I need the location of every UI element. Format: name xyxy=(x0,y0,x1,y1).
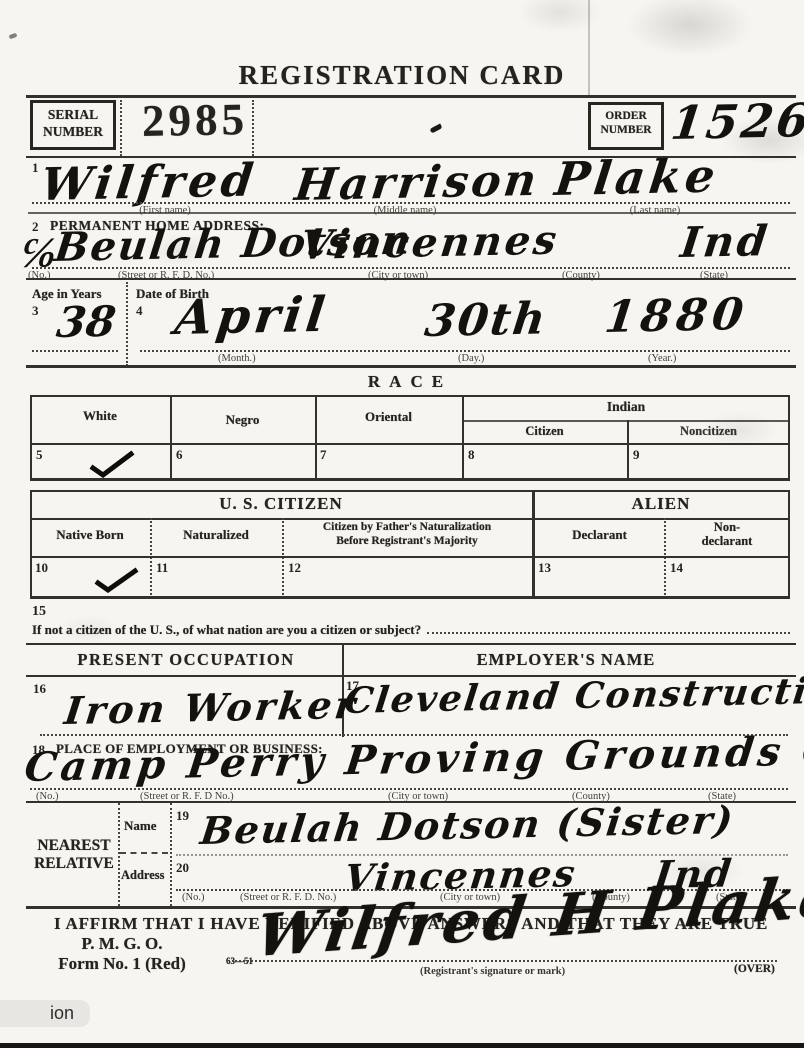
father-naturalization-label-1: Citizen by Father's Naturalization xyxy=(282,520,532,534)
race-header-rule xyxy=(30,443,790,445)
serial-number-label-2: NUMBER xyxy=(33,123,113,140)
us-citizen-heading: U. S. CITIZEN xyxy=(30,494,532,514)
race-oriental-label: Oriental xyxy=(315,409,462,425)
race-rule-bottom xyxy=(30,478,790,481)
relative-name-value: Beulah Dotson (Sister) xyxy=(198,797,737,853)
cit-subheader-rule xyxy=(30,556,790,558)
item-number-20: 20 xyxy=(176,860,189,876)
form-id-block: P. M. G. O. Form No. 1 (Red) xyxy=(30,934,214,974)
age-value: 38 xyxy=(54,297,118,347)
rule-age-bottom xyxy=(26,365,796,368)
form-number: Form No. 1 (Red) xyxy=(30,954,214,974)
item-number-4: 4 xyxy=(136,303,143,319)
serial-divider-left xyxy=(120,100,122,156)
relative-address-label: Address xyxy=(121,868,165,883)
serial-divider-right xyxy=(252,100,254,156)
last-name-sublabel: (Last name) xyxy=(580,205,730,216)
rule-name-bottom xyxy=(28,212,796,214)
race-indian-citizen-label: Citizen xyxy=(462,424,627,439)
dob-sublabel-day: (Day.) xyxy=(458,353,484,364)
item-number-16: 16 xyxy=(33,681,46,697)
item-number-3: 3 xyxy=(32,303,39,319)
race-item-5: 5 xyxy=(36,447,43,463)
signature-sublabel: (Registrant's signature or mark) xyxy=(420,966,565,977)
employer-heading: EMPLOYER'S NAME xyxy=(342,650,790,670)
over-label: (OVER) xyxy=(734,963,775,975)
dob-baseline xyxy=(140,350,790,352)
race-rule-top xyxy=(30,395,790,397)
cit-alien-divider xyxy=(532,490,535,598)
registration-card-document: REGISTRATION CARD SERIAL NUMBER 2985 ORD… xyxy=(0,0,804,1048)
first-name-sublabel: (First name) xyxy=(90,205,240,216)
serial-number-value: 2985 xyxy=(142,93,249,147)
nation-answer-line xyxy=(427,620,790,634)
rule-home-bottom xyxy=(26,278,796,280)
employment-baseline xyxy=(30,788,788,790)
middle-name-sublabel: (Middle name) xyxy=(330,205,480,216)
order-number-value: 1526a xyxy=(668,92,804,150)
dob-sublabel-year: (Year.) xyxy=(648,353,676,364)
dob-sublabel-month: (Month.) xyxy=(218,353,256,364)
native-born-checkmark-icon xyxy=(94,567,140,593)
item-number-1: 1 xyxy=(32,160,39,176)
bottom-edge-line xyxy=(0,1043,804,1048)
name-last-value: Plake xyxy=(552,149,722,206)
nondeclarant-label-1: Non- xyxy=(664,520,790,534)
nearest-relative-line1: NEAREST xyxy=(37,837,110,855)
race-item-8: 8 xyxy=(468,447,475,463)
relative-cell-divider xyxy=(120,852,168,854)
nondeclarant-label-2: declarant xyxy=(664,534,790,548)
race-white-label: White xyxy=(30,408,170,424)
race-indian-label: Indian xyxy=(462,399,790,415)
home-state-value: Ind xyxy=(678,216,773,267)
cit-item-12: 12 xyxy=(288,560,301,576)
home-baseline xyxy=(32,267,790,269)
race-heading: RACE xyxy=(30,372,790,392)
item-number-15: 15 xyxy=(32,604,46,620)
tooltip-pill: ion xyxy=(0,1000,90,1027)
dob-month-value: April xyxy=(172,287,332,346)
native-born-label: Native Born xyxy=(30,527,150,543)
relative-divider-2 xyxy=(170,803,172,906)
rule-15-bottom xyxy=(26,643,796,645)
rel-sublabel-no: (No.) xyxy=(182,892,204,903)
order-number-label-2: NUMBER xyxy=(590,123,662,137)
serial-number-label-1: SERIAL xyxy=(33,106,113,123)
father-naturalization-label-2: Before Registrant's Majority xyxy=(282,534,532,548)
name-baseline xyxy=(32,202,790,204)
race-indian-noncitizen-label: Noncitizen xyxy=(627,424,790,439)
scan-artifact xyxy=(9,33,18,39)
cit-item-13: 13 xyxy=(538,560,551,576)
relative-name-label: Name xyxy=(124,818,157,834)
occupation-value: Iron Worker xyxy=(62,682,361,733)
nearest-relative-line2: RELATIVE xyxy=(34,855,114,873)
cit-item-10: 10 xyxy=(35,560,48,576)
form-org: P. M. G. O. xyxy=(30,934,214,954)
card-title: REGISTRATION CARD xyxy=(30,60,774,91)
nation-question: If not a citizen of the U. S., of what n… xyxy=(32,622,421,638)
relative-divider-1 xyxy=(118,803,120,906)
tooltip-text: ion xyxy=(50,1003,74,1024)
cit-rule-bottom xyxy=(30,596,790,599)
nearest-relative-heading: NEAREST RELATIVE xyxy=(30,803,118,906)
age-baseline xyxy=(32,350,118,352)
race-divider-1 xyxy=(170,395,172,481)
order-number-label-1: ORDER xyxy=(590,109,662,123)
race-indian-underline xyxy=(462,420,790,422)
race-item-9: 9 xyxy=(633,447,640,463)
cit-item-11: 11 xyxy=(156,560,168,576)
dob-day-value: 30th xyxy=(422,293,550,347)
naturalized-label: Naturalized xyxy=(150,527,282,543)
race-item-6: 6 xyxy=(176,447,183,463)
race-item-7: 7 xyxy=(320,447,327,463)
race-negro-label: Negro xyxy=(170,412,315,428)
pen-mark xyxy=(430,123,443,133)
declarant-label: Declarant xyxy=(535,527,664,543)
alien-heading: ALIEN xyxy=(532,494,790,514)
home-city-value: Vincennes xyxy=(298,217,562,269)
occupation-heading: PRESENT OCCUPATION xyxy=(30,650,342,670)
nation-question-row: If not a citizen of the U. S., of what n… xyxy=(32,620,790,638)
cit-rule-top xyxy=(30,490,790,492)
age-dob-divider xyxy=(126,282,128,366)
item-number-19: 19 xyxy=(176,808,189,824)
race-white-checkmark-icon xyxy=(88,450,136,478)
race-divider-2 xyxy=(315,395,317,481)
dob-year-value: 1880 xyxy=(602,289,751,343)
cit-item-14: 14 xyxy=(670,560,683,576)
